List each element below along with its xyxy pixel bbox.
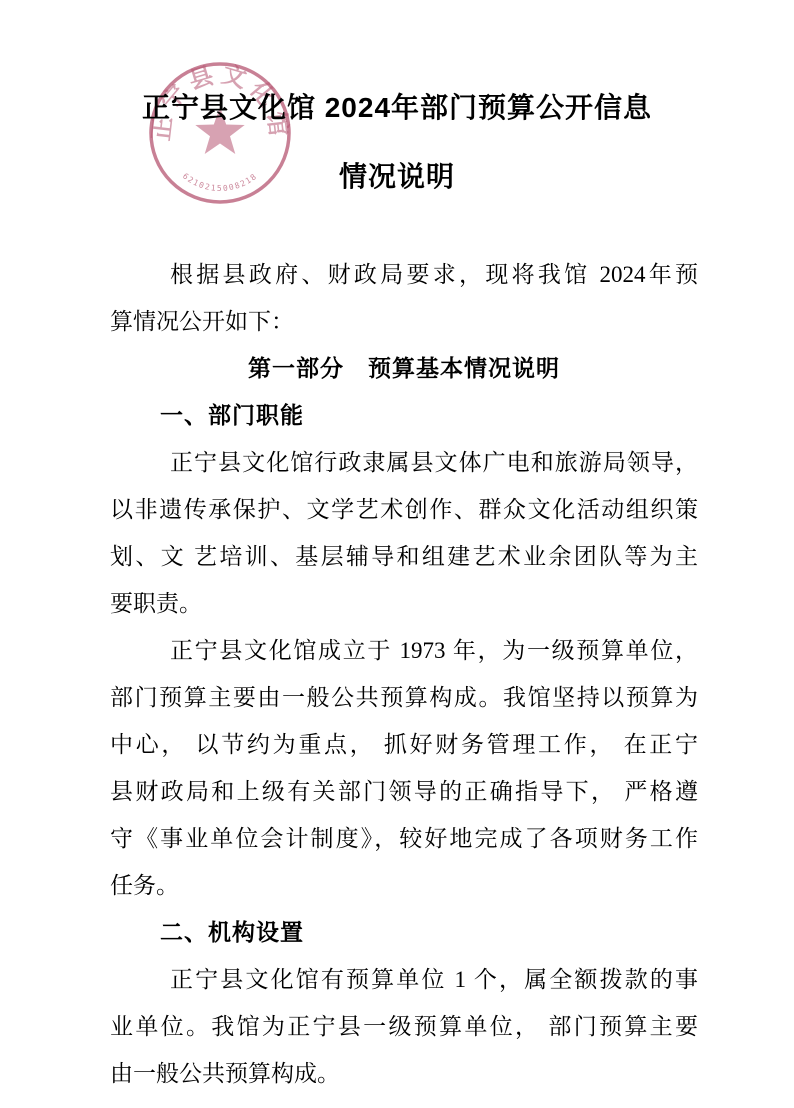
paragraph-line: 任务。 [110, 862, 698, 909]
paragraph-line: 部门预算主要由一般公共预算构成。我馆坚持以预算为 [110, 674, 698, 721]
document-title: 正宁县文化馆 2024年部门预算公开信息 情况说明 [0, 90, 794, 195]
paragraph-line: 正宁县文化馆成立于 1973 年，为一级预算单位， [110, 627, 698, 674]
intro-line: 算情况公开如下： [110, 298, 698, 345]
section-heading: 二、机构设置 [110, 909, 698, 956]
document-body: 根据县政府、财政局要求，现将我馆 2024年预算情况公开如下：第一部分 预算基本… [110, 251, 698, 1097]
paragraph-line: 业单位。我馆为正宁县一级预算单位， 部门预算主要 [110, 1003, 698, 1050]
paragraph-line: 由一般公共预算构成。 [110, 1050, 698, 1097]
paragraph-line: 县财政局和上级有关部门领导的正确指导下， 严格遵 [110, 768, 698, 815]
paragraph-line: 正宁县文化馆行政隶属县文体广电和旅游局领导， [110, 439, 698, 486]
title-line-1: 正宁县文化馆 2024年部门预算公开信息 [0, 90, 794, 126]
section-heading: 一、部门职能 [110, 392, 698, 439]
paragraph-line: 以非遗传承保护、文学艺术创作、群众文化活动组织策 [110, 486, 698, 533]
title-line-2: 情况说明 [0, 159, 794, 195]
paragraph-line: 划、文 艺培训、基层辅导和组建艺术业余团队等为主 [110, 533, 698, 580]
paragraph-line: 守《事业单位会计制度》，较好地完成了各项财务工作 [110, 815, 698, 862]
paragraph-line: 要职责。 [110, 580, 698, 627]
document-page: 正宁县文化馆 6210215008218 正宁县文化馆 2024年部门预算公开信… [0, 0, 794, 1108]
paragraph-line: 正宁县文化馆有预算单位 1 个，属全额拨款的事 [110, 956, 698, 1003]
paragraph-line: 中心， 以节约为重点， 抓好财务管理工作， 在正宁 [110, 721, 698, 768]
intro-line: 根据县政府、财政局要求，现将我馆 2024年预 [110, 251, 698, 298]
part-heading: 第一部分 预算基本情况说明 [110, 345, 698, 392]
